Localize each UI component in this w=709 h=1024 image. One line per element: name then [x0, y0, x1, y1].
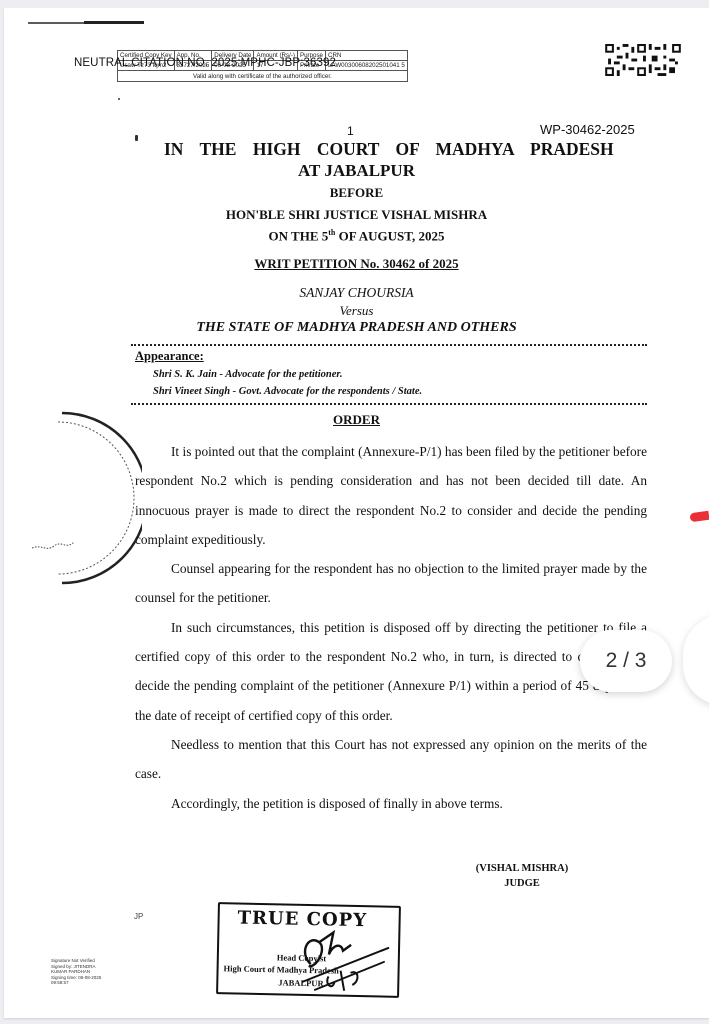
- petition-number: WRIT PETITION No. 30462 of 2025: [4, 256, 709, 272]
- dotted-divider: [131, 403, 647, 405]
- page-number: 1: [347, 124, 354, 138]
- document-page: Certified Copy Key App. No. Delivery Dat…: [4, 8, 709, 1018]
- pdf-viewer: Certified Copy Key App. No. Delivery Dat…: [0, 0, 709, 1024]
- appearance-line: Shri S. K. Jain - Advocate for the petit…: [153, 369, 343, 380]
- date-month-year: OF AUGUST, 2025: [335, 228, 444, 243]
- before-label: BEFORE: [4, 185, 709, 201]
- signature-status: Signature Not Verified: [51, 958, 101, 964]
- case-reference: WP-30462-2025: [540, 122, 635, 137]
- cert-header: CRN: [326, 51, 408, 61]
- order-paragraph: Counsel appearing for the respondent has…: [135, 554, 647, 613]
- order-paragraph: It is pointed out that the complaint (An…: [135, 437, 647, 554]
- signature-line: 09:58:57: [51, 980, 101, 986]
- order-paragraph: Accordingly, the petition is disposed of…: [135, 789, 647, 818]
- appearance-line: Shri Vineet Singh - Govt. Advocate for t…: [153, 386, 422, 397]
- versus-label: Versus: [4, 303, 709, 319]
- court-title: IN THE HIGH COURT OF MADHYA PRADESH: [164, 139, 614, 160]
- scan-speck: [118, 98, 120, 100]
- order-body: It is pointed out that the complaint (An…: [135, 437, 647, 818]
- judge-signature-title: JUDGE: [467, 876, 577, 891]
- true-copy-stamp: TRUE COPY Head Copyist High Court of Mad…: [216, 902, 401, 998]
- date-day: ON THE 5: [269, 228, 329, 243]
- petitioner-name: SANJAY CHOURSIA: [4, 285, 709, 301]
- qr-code-icon: [604, 44, 682, 76]
- scan-edge-line: [84, 21, 144, 24]
- page-indicator: 2 / 3: [580, 630, 672, 692]
- judge-signature-name: (VISHAL MISHRA): [467, 861, 577, 876]
- dotted-divider: [131, 344, 647, 346]
- cert-table-footer: Valid along with certificate of the auth…: [118, 71, 408, 82]
- court-location: AT JABALPUR: [4, 161, 709, 181]
- order-date: ON THE 5th OF AUGUST, 2025: [4, 228, 709, 244]
- cert-value: LAW00300608202501041 5: [326, 61, 408, 71]
- typist-initials: JP: [134, 912, 143, 921]
- judge-signature-block: (VISHAL MISHRA) JUDGE: [467, 861, 577, 891]
- order-paragraph: Needless to mention that this Court has …: [135, 730, 647, 789]
- order-paragraph: In such circumstances, this petition is …: [135, 613, 647, 730]
- scan-speck: [135, 135, 138, 141]
- respondent-name: THE STATE OF MADHYA PRADESH AND OTHERS: [4, 320, 709, 336]
- court-seal-icon: [32, 408, 142, 588]
- judge-name: HON'BLE SHRI JUSTICE VISHAL MISHRA: [4, 207, 709, 223]
- digital-signature-block: Signature Not Verified Signed by: JITEND…: [51, 958, 101, 986]
- neutral-citation: NEUTRAL CITATION NO. 2025:MPHC-JBP:36392: [74, 57, 336, 69]
- appearance-heading: Appearance:: [135, 349, 204, 364]
- handwritten-signature-icon: [288, 924, 399, 998]
